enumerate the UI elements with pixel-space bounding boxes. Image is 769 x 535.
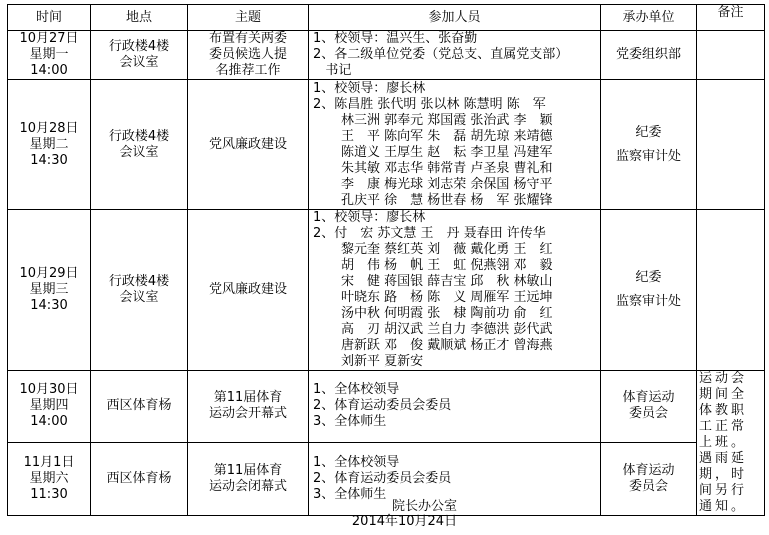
issuing-office: 院长办公室 [0, 499, 769, 514]
time-cell: 10月29日 星期三 14:30 [8, 210, 91, 371]
organizer-cell: 体育运动 委员会 [601, 371, 697, 443]
topic-cell: 党风廉政建设 [188, 80, 309, 210]
notes-cell [697, 210, 765, 371]
time-cell: 10月30日 星期四 14:00 [8, 371, 91, 443]
place-cell: 行政楼4楼 会议室 [91, 80, 188, 210]
header-topic: 主题 [188, 5, 309, 31]
schedule-table: 时间 地点 主题 参加人员 承办单位 备注 10月27日 星期一 14:00 行… [7, 4, 765, 516]
notes-cell-sports: 运动会期间全体教职工正常上班。遇雨延期，时间另行通知。 [697, 371, 765, 516]
topic-cell: 布置有关两委 委员候选人提 名推荐工作 [188, 31, 309, 80]
document-footer: 院长办公室 2014年10月24日 [0, 499, 769, 529]
header-place: 地点 [91, 5, 188, 31]
notes-cell [697, 31, 765, 80]
table-row: 10月27日 星期一 14:00 行政楼4楼 会议室 布置有关两委 委员候选人提… [8, 31, 765, 80]
attendees-cell: 1、校领导：温兴生、张奋勤 2、各二级单位党委（党总支、直属党支部） 书记 [309, 31, 601, 80]
topic-cell: 第11届体育 运动会开幕式 [188, 371, 309, 443]
attendees-cell: 1、校领导：廖长林 2、陈昌胜 张代明 张以林 陈慧明 陈 军 林三洲 郭奉元 … [309, 80, 601, 210]
time-cell: 10月27日 星期一 14:00 [8, 31, 91, 80]
place-cell: 行政楼4楼 会议室 [91, 210, 188, 371]
table-row: 10月29日 星期三 14:30 行政楼4楼 会议室 党风廉政建设 1、校领导：… [8, 210, 765, 371]
header-attendees: 参加人员 [309, 5, 601, 31]
time-cell: 10月28日 星期二 14:30 [8, 80, 91, 210]
organizer-cell: 党委组织部 [601, 31, 697, 80]
organizer-cell: 纪委 监察审计处 [601, 80, 697, 210]
header-notes: 备注 [697, 5, 765, 31]
issue-date: 2014年10月24日 [0, 514, 769, 529]
header-organizer: 承办单位 [601, 5, 697, 31]
attendees-cell: 1、校领导：廖长林 2、付 宏 苏文慧 王 丹 聂春田 许传华 黎元奎 蔡红英 … [309, 210, 601, 371]
place-cell: 西区体育杨 [91, 371, 188, 443]
place-cell: 行政楼4楼 会议室 [91, 31, 188, 80]
header-time: 时间 [8, 5, 91, 31]
attendees-cell: 1、全体校领导 2、体育运动委员会委员 3、全体师生 [309, 371, 601, 443]
table-row: 10月28日 星期二 14:30 行政楼4楼 会议室 党风廉政建设 1、校领导：… [8, 80, 765, 210]
header-row: 时间 地点 主题 参加人员 承办单位 备注 [8, 5, 765, 31]
table-row: 10月30日 星期四 14:00 西区体育杨 第11届体育 运动会开幕式 1、全… [8, 371, 765, 443]
organizer-cell: 纪委 监察审计处 [601, 210, 697, 371]
notes-cell [697, 80, 765, 210]
topic-cell: 党风廉政建设 [188, 210, 309, 371]
